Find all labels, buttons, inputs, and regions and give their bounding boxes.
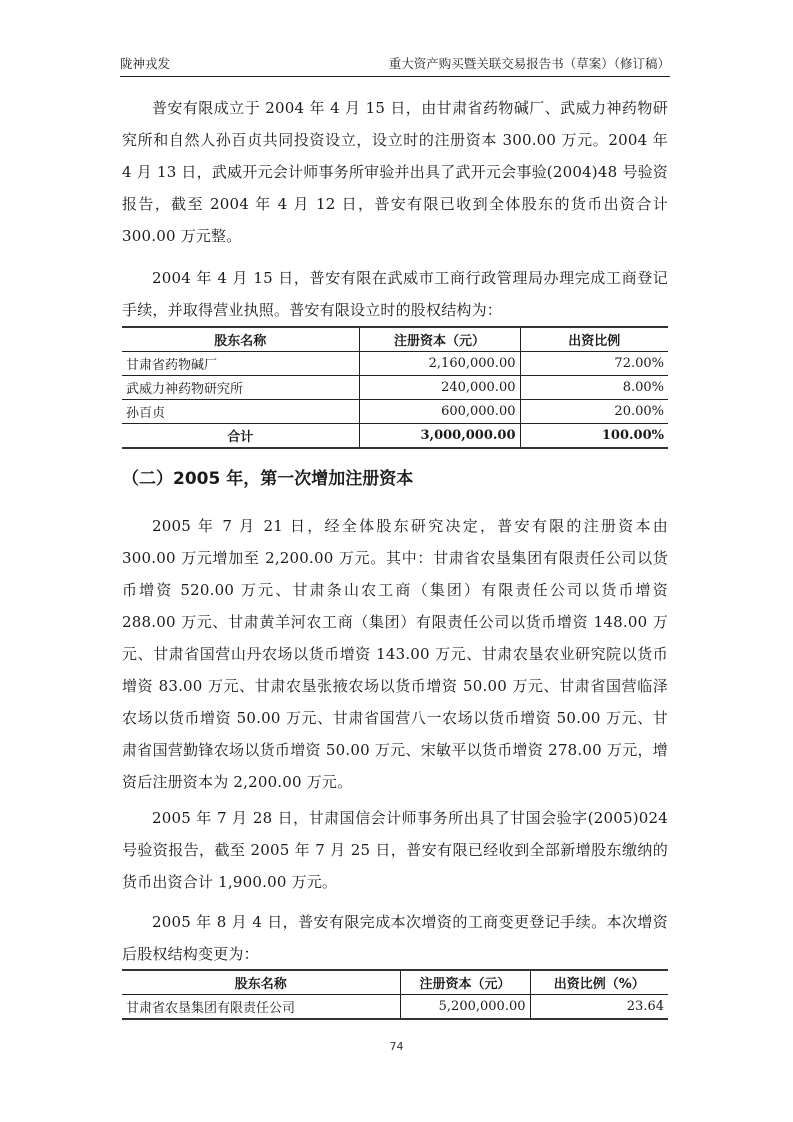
table-row: 武威力神药物研究所 240,000.00 8.00% (122, 376, 668, 400)
cell-shareholder: 武威力神药物研究所 (122, 376, 359, 400)
header-document-title: 重大资产购买暨关联交易报告书（草案）（修订稿） (389, 54, 670, 72)
paragraph-establishment: 普安有限成立于 2004 年 4 月 15 日，由甘肃省药物碱厂、武威力神药物研… (122, 92, 668, 252)
cell-ratio: 23.64 (530, 995, 668, 1020)
paragraph-change-registration: 2005 年 8 月 4 日，普安有限完成本次增资的工商变更登记手续。本次增资后… (122, 906, 668, 970)
col-header-shareholder: 股东名称 (122, 970, 400, 995)
cell-capital: 240,000.00 (359, 376, 520, 400)
col-header-capital: 注册资本（元） (359, 327, 520, 352)
cell-total-capital: 3,000,000.00 (359, 424, 520, 449)
table-total-row: 合计 3,000,000.00 100.00% (122, 424, 668, 449)
cell-shareholder: 甘肃省药物碱厂 (122, 352, 359, 376)
cell-ratio: 8.00% (520, 376, 668, 400)
table-row: 甘肃省农垦集团有限责任公司 5,200,000.00 23.64 (122, 995, 668, 1020)
header-company: 陇神戎发 (120, 54, 170, 72)
cell-shareholder: 甘肃省农垦集团有限责任公司 (122, 995, 400, 1020)
equity-table-initial: 股东名称 注册资本（元） 出资比例 甘肃省药物碱厂 2,160,000.00 7… (122, 326, 668, 449)
table-header-row: 股东名称 注册资本（元） 出资比例 (122, 327, 668, 352)
cell-total-label: 合计 (122, 424, 359, 449)
table-row: 甘肃省药物碱厂 2,160,000.00 72.00% (122, 352, 668, 376)
paragraph-registration: 2004 年 4 月 15 日，普安有限在武威市工商行政管理局办理完成工商登记手… (122, 262, 668, 326)
section-heading: （二）2005 年，第一次增加注册资本 (122, 464, 413, 489)
paragraph-capital-increase: 2005 年 7 月 21 日，经全体股东研究决定，普安有限的注册资本由 300… (122, 510, 668, 798)
page-header: 陇神戎发 重大资产购买暨关联交易报告书（草案）（修订稿） (120, 52, 670, 77)
paragraph-capital-verification: 2005 年 7 月 28 日，甘肃国信会计师事务所出具了甘国会验字(2005)… (122, 802, 668, 898)
col-header-shareholder: 股东名称 (122, 327, 359, 352)
table-header-row: 股东名称 注册资本（元） 出资比例（%） (122, 970, 668, 995)
cell-ratio: 72.00% (520, 352, 668, 376)
equity-table-after-increase: 股东名称 注册资本（元） 出资比例（%） 甘肃省农垦集团有限责任公司 5,200… (122, 969, 668, 1020)
col-header-capital: 注册资本（元） (400, 970, 530, 995)
cell-ratio: 20.00% (520, 400, 668, 424)
page-number: 74 (0, 1040, 793, 1053)
cell-total-ratio: 100.00% (520, 424, 668, 449)
cell-capital: 600,000.00 (359, 400, 520, 424)
col-header-ratio: 出资比例（%） (530, 970, 668, 995)
cell-capital: 2,160,000.00 (359, 352, 520, 376)
col-header-ratio: 出资比例 (520, 327, 668, 352)
cell-capital: 5,200,000.00 (400, 995, 530, 1020)
table-row: 孙百贞 600,000.00 20.00% (122, 400, 668, 424)
cell-shareholder: 孙百贞 (122, 400, 359, 424)
